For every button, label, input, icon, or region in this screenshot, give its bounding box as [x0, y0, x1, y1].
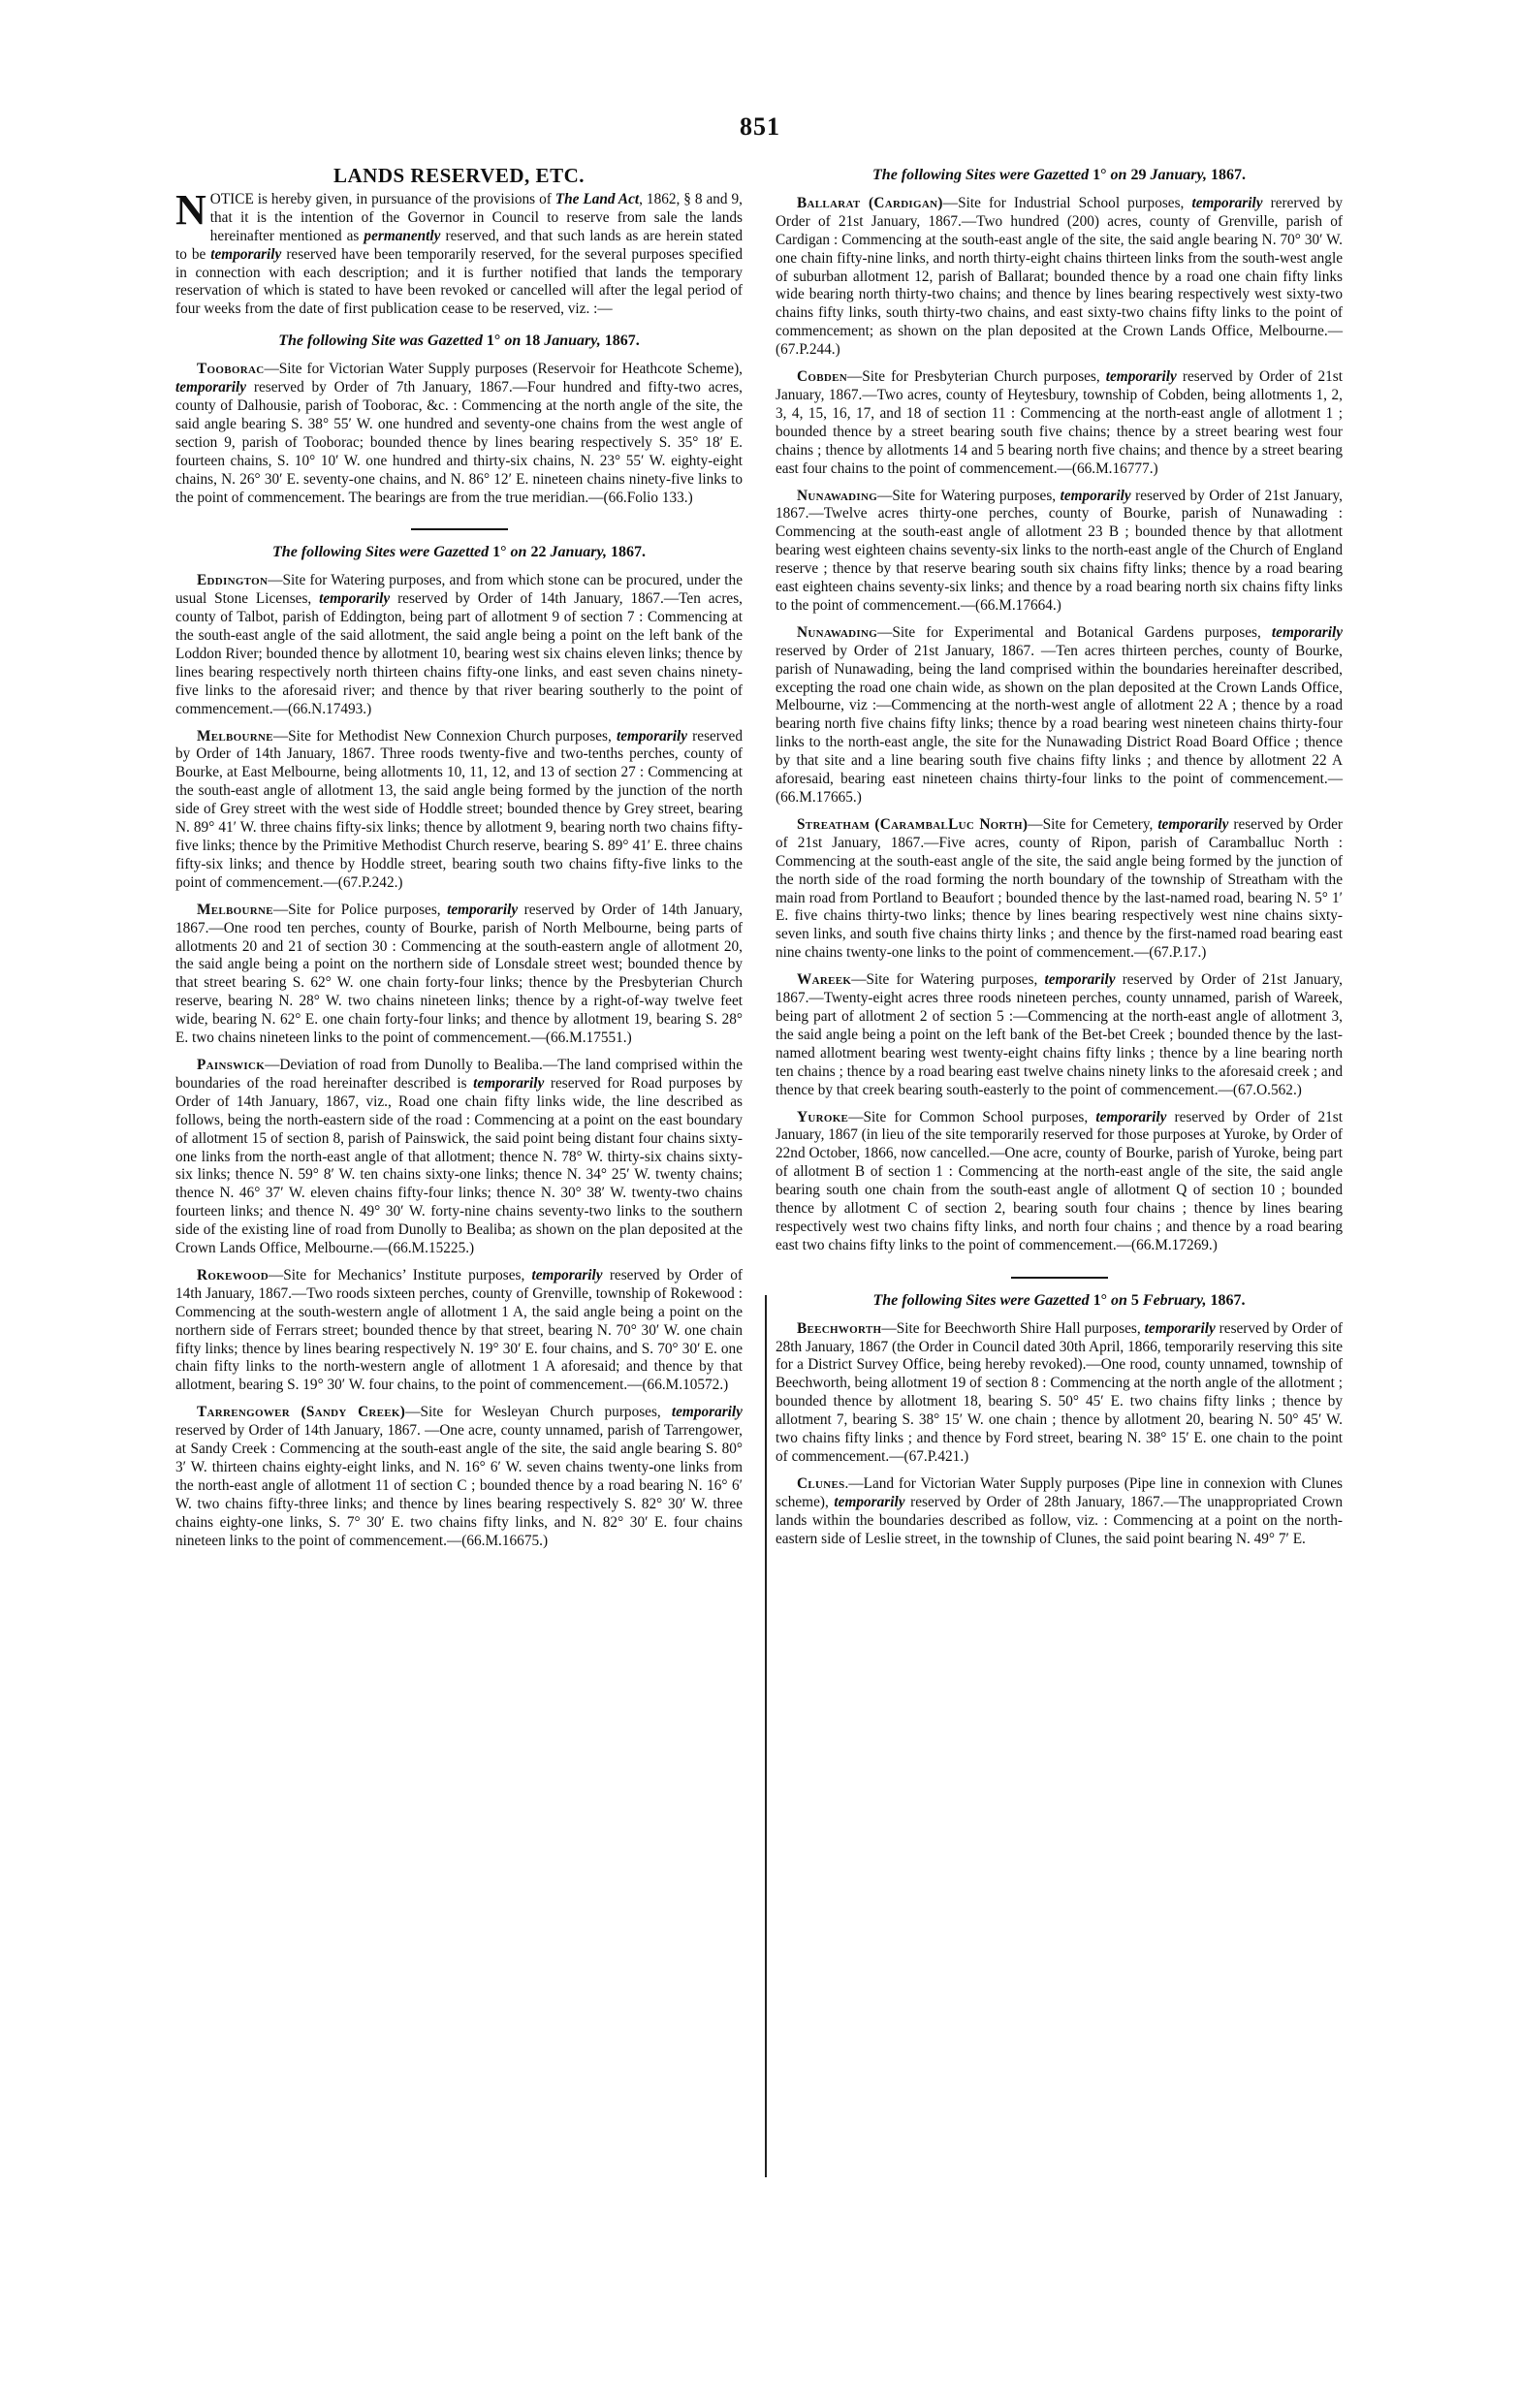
place-name: Wareek	[797, 971, 851, 988]
page-number: 851	[0, 112, 1520, 142]
reserve-entry: Clunes.—Land for Victorian Water Supply …	[776, 1475, 1343, 1549]
place-name: Cobden	[797, 368, 847, 385]
reserve-entry: Tooborac—Site for Victorian Water Supply…	[175, 361, 743, 507]
reserve-entry: Melbourne—Site for Police purposes, temp…	[175, 902, 743, 1048]
reserve-entry: Tarrengower (Sandy Creek)—Site for Wesle…	[175, 1404, 743, 1550]
reserve-entry: Painswick—Deviation of road from Dunolly…	[175, 1057, 743, 1258]
place-name: Melbourne	[197, 902, 273, 918]
reserve-entry: Nunawading—Site for Watering purposes, t…	[776, 488, 1343, 616]
reserve-entry: Streatham (CarambalLuc North)—Site for C…	[776, 816, 1343, 963]
gazette-heading: The following Sites were Gazetted 1° on …	[776, 167, 1343, 185]
column-divider	[765, 1295, 767, 2177]
place-name: Nunawading	[797, 624, 877, 641]
place-name: Tarrengower (Sandy Creek)	[197, 1404, 405, 1420]
reserve-entry: Rokewood—Site for Mechanics’ Institute p…	[175, 1267, 743, 1395]
reserve-entry: Beechworth—Site for Beechworth Shire Hal…	[776, 1320, 1343, 1467]
place-name: Tooborac	[197, 361, 264, 377]
reserve-entry: Cobden—Site for Presbyterian Church purp…	[776, 368, 1343, 478]
reserve-entry: Melbourne—Site for Methodist New Connexi…	[175, 728, 743, 893]
act-title: The Land Act	[555, 191, 639, 207]
section-divider	[1011, 1277, 1108, 1279]
notice-text: OTICE is hereby given, in pursuance of t…	[210, 191, 555, 207]
gazette-heading: The following Sites were Gazetted 1° on …	[776, 1292, 1343, 1311]
reserve-entry: Yuroke—Site for Common School purposes, …	[776, 1109, 1343, 1255]
place-name: Beechworth	[797, 1320, 881, 1337]
section-divider	[411, 528, 508, 530]
place-name: Streatham (CarambalLuc North)	[797, 816, 1028, 833]
temporarily-term: temporarily	[210, 246, 281, 263]
reserve-entry: Nunawading—Site for Experimental and Bot…	[776, 624, 1343, 808]
section-title: LANDS RESERVED, ETC.	[175, 167, 743, 185]
place-name: Nunawading	[797, 488, 877, 504]
place-name: Ballarat (Cardigan)	[797, 195, 943, 211]
reserve-entry: Eddington—Site for Watering purposes, an…	[175, 572, 743, 718]
place-name: Rokewood	[197, 1267, 269, 1283]
permanently-term: permanently	[364, 228, 440, 244]
place-name: Painswick	[197, 1057, 265, 1073]
place-name: Clunes	[797, 1475, 845, 1492]
place-name: Eddington	[197, 572, 268, 588]
gazette-heading: The following Site was Gazetted 1° on 18…	[175, 333, 743, 351]
left-column: LANDS RESERVED, ETC. NOTICE is hereby gi…	[175, 167, 743, 1560]
dropcap: N	[175, 193, 206, 228]
gazette-heading: The following Sites were Gazetted 1° on …	[175, 544, 743, 562]
notice-paragraph: NOTICE is hereby given, in pursuance of …	[175, 191, 743, 319]
place-name: Melbourne	[197, 728, 273, 745]
right-column: The following Sites were Gazetted 1° on …	[776, 167, 1343, 1558]
place-name: Yuroke	[797, 1109, 848, 1125]
reserve-entry: Ballarat (Cardigan)—Site for Industrial …	[776, 195, 1343, 360]
reserve-entry: Wareek—Site for Watering purposes, tempo…	[776, 971, 1343, 1099]
